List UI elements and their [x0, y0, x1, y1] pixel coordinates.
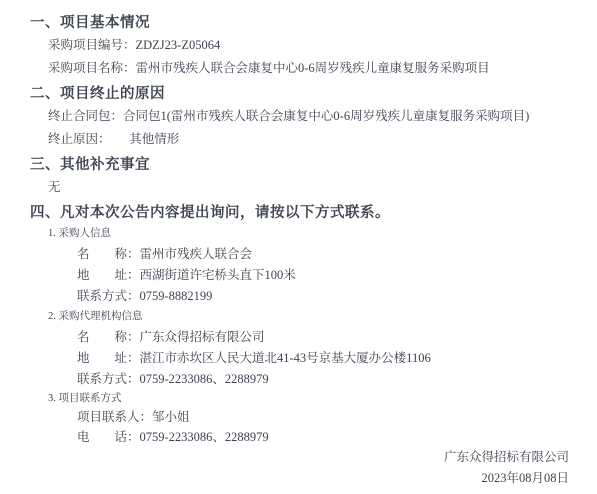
- purchaser-info-group: 1. 采购人信息 名 称：雷州市残疾人联合会 地 址：西湖街道许宅桥头直下100…: [0, 224, 597, 307]
- signature-block: 广东众得招标有限公司 2023年08月08日: [0, 447, 597, 489]
- purchaser-info-title: 1. 采购人信息: [48, 224, 597, 244]
- section-1-heading: 一、项目基本情况: [30, 12, 597, 34]
- project-number-line: 采购项目编号：ZDZJ23-Z05064: [48, 34, 597, 57]
- section-3-heading: 三、其他补充事宜: [30, 154, 597, 176]
- section-4-heading: 四、凡对本次公告内容提出询问，请按以下方式联系。: [30, 202, 597, 224]
- terminated-package-line: 终止合同包：合同包1(雷州市残疾人联合会康复中心0-6周岁残疾儿童康复服务采购项…: [48, 105, 597, 128]
- project-contact-phone-row: 电 话：0759-2233086、2288979: [77, 427, 597, 447]
- signature-date: 2023年08月08日: [0, 468, 569, 489]
- section-2-heading: 二、项目终止的原因: [30, 83, 597, 105]
- supplementary-note-line: 无: [48, 176, 597, 199]
- purchaser-address-row: 地 址：西湖街道许宅桥头直下100米: [77, 265, 597, 286]
- agency-info-group: 2. 采购代理机构信息 名 称：广东众得招标有限公司 地 址：湛江市赤坎区人民大…: [0, 307, 597, 390]
- project-contact-title: 3. 项目联系方式: [48, 390, 597, 407]
- project-contact-group: 3. 项目联系方式 项目联系人：邹小姐 电 话：0759-2233086、228…: [0, 390, 597, 447]
- agency-phone-row: 联系方式：0759-2233086、2288979: [77, 369, 597, 390]
- purchaser-phone-row: 联系方式：0759-8882199: [77, 286, 597, 307]
- agency-name-row: 名 称：广东众得招标有限公司: [77, 327, 597, 348]
- project-contact-person-row: 项目联系人：邹小姐: [77, 407, 597, 427]
- termination-announcement-document: 一、项目基本情况 采购项目编号：ZDZJ23-Z05064 采购项目名称：雷州市…: [0, 0, 597, 489]
- signature-company: 广东众得招标有限公司: [0, 447, 569, 468]
- purchaser-name-row: 名 称：雷州市残疾人联合会: [77, 244, 597, 265]
- termination-reason-line: 终止原因： 其他情形: [48, 128, 597, 151]
- project-name-line: 采购项目名称：雷州市残疾人联合会康复中心0-6周岁残疾儿童康复服务采购项目: [48, 57, 597, 80]
- agency-info-title: 2. 采购代理机构信息: [48, 307, 597, 327]
- agency-address-row: 地 址：湛江市赤坎区人民大道北41-43号京基大厦办公楼1106: [77, 348, 597, 369]
